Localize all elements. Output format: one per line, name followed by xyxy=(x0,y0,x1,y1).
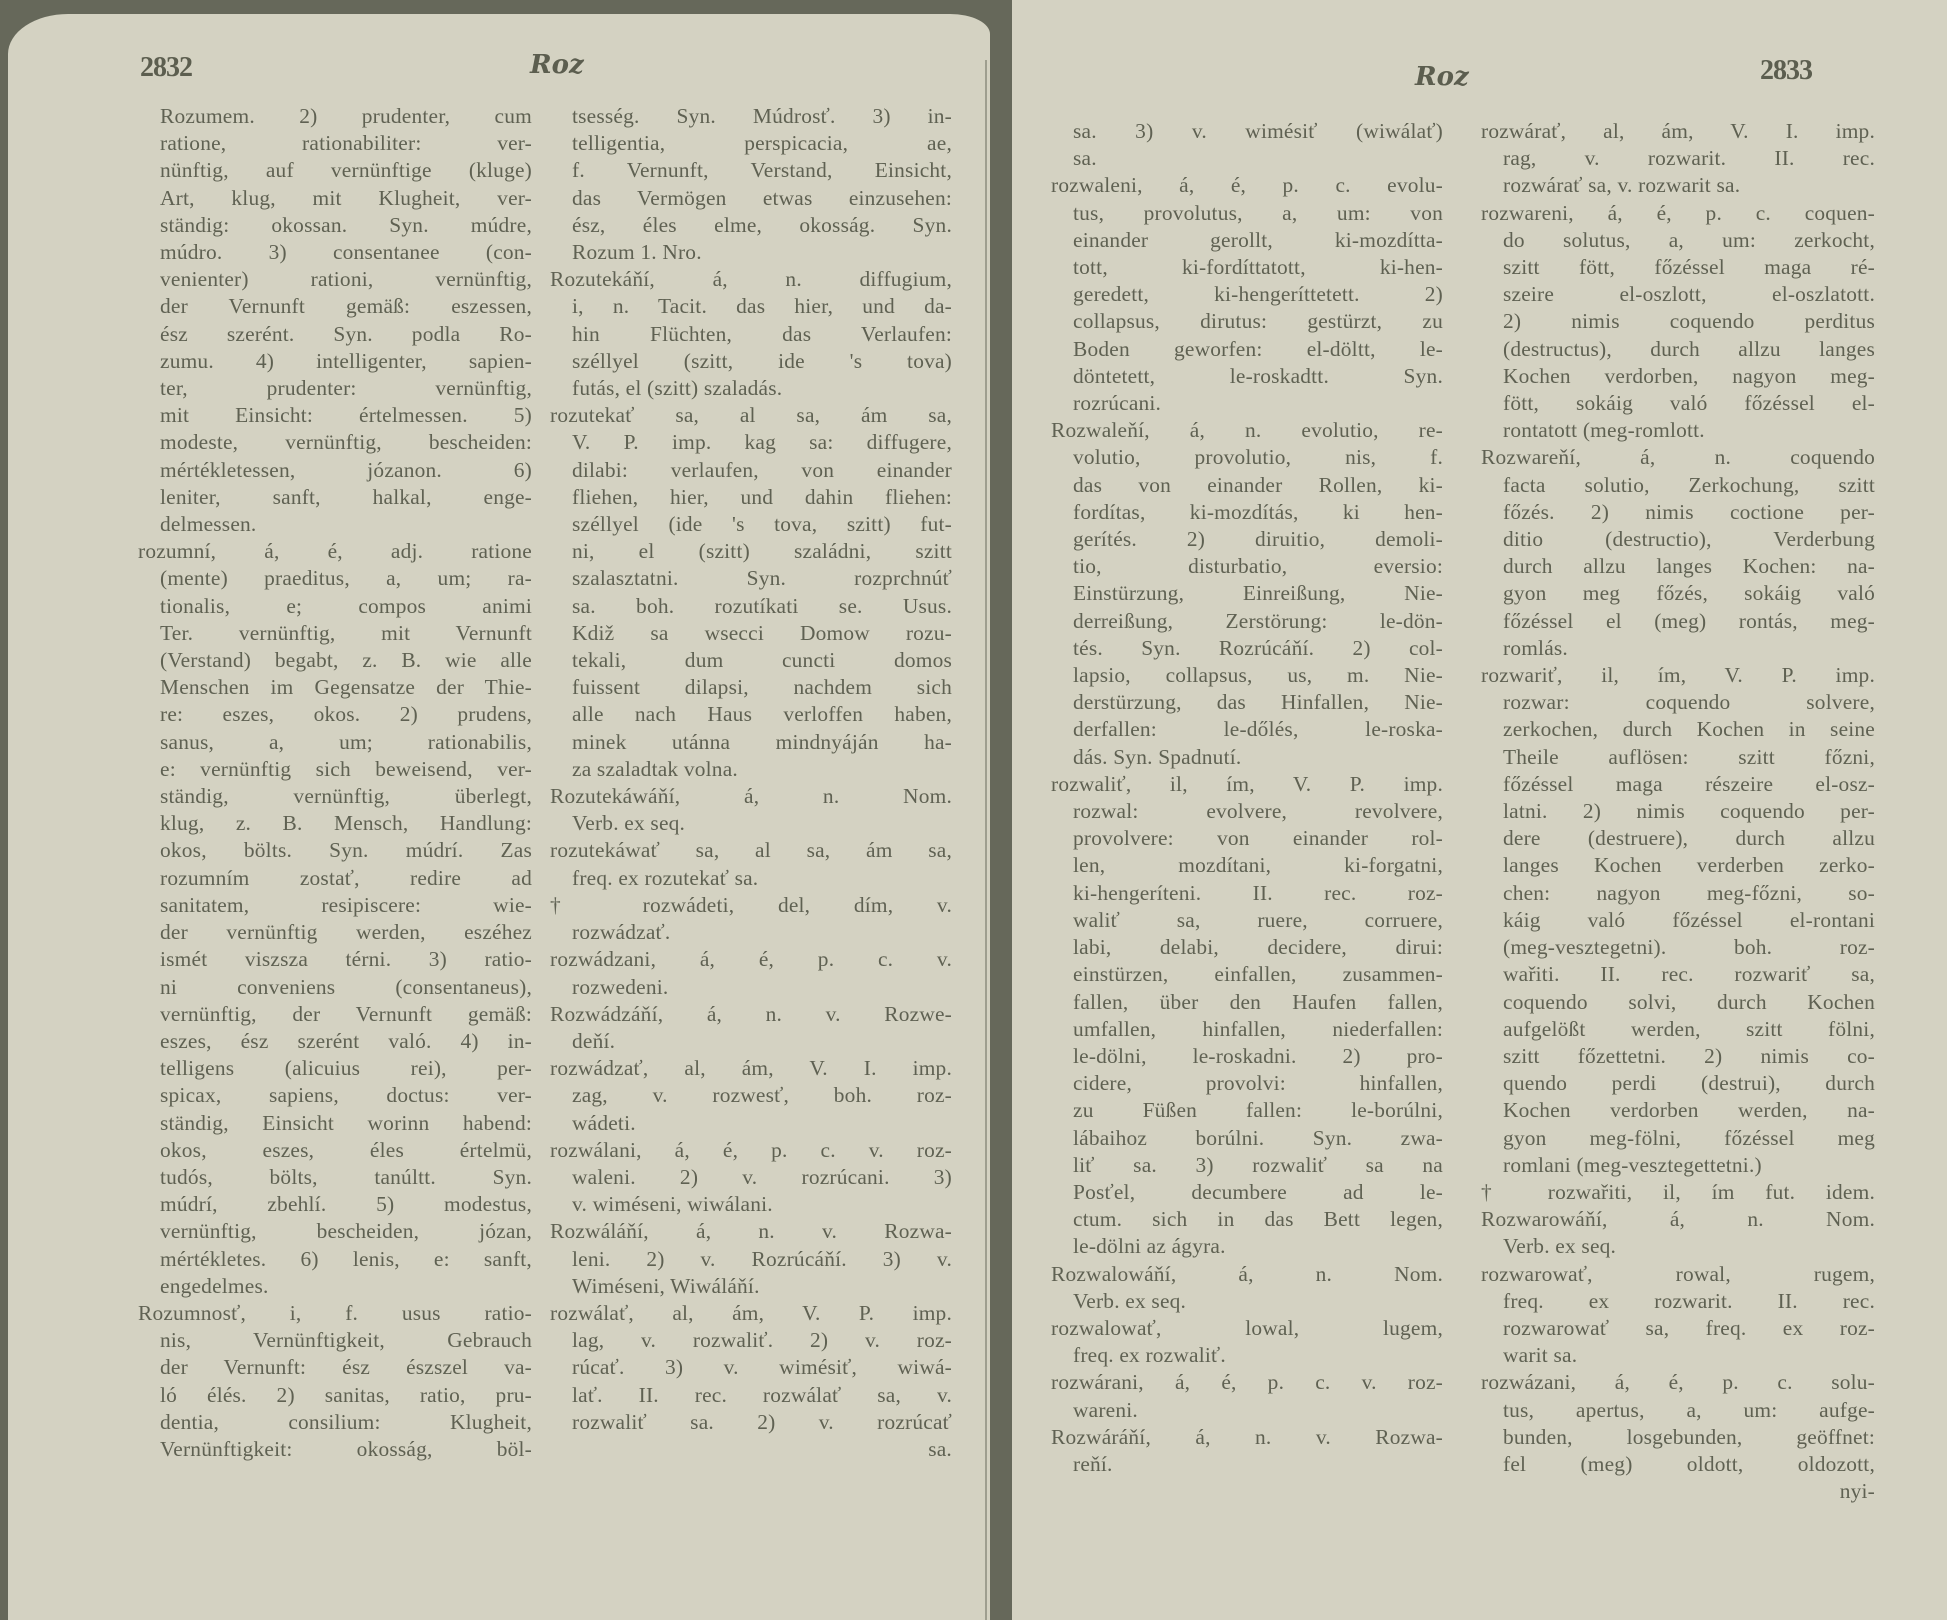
entry-text-line: waleni. 2) v. rozrúcani. 3) xyxy=(572,1164,952,1191)
entry-text-line: nis, Vernünftigkeit, Gebrauch xyxy=(160,1327,532,1354)
entry-text-line: nyi- xyxy=(1503,1478,1875,1505)
left-page-column-2: tsesség. Syn. Múdrosť. 3) in-telligentia… xyxy=(572,103,952,1463)
entry-text-line: sanus, a, um; rationabilis, xyxy=(160,729,532,756)
entry-text-line: (destructus), durch allzu langes xyxy=(1503,336,1875,363)
entry-headword-line: rozumní, á, é, adj. ratione xyxy=(138,538,532,565)
entry-text-line: rontatott (meg-romlott. xyxy=(1503,417,1875,444)
entry-text-line: dás. Syn. Spadnutí. xyxy=(1073,744,1443,771)
entry-text-line: leni. 2) v. Rozrúcáňí. 3) v. xyxy=(572,1246,952,1273)
entry-text-line: telligentia, perspicacia, ae, xyxy=(572,130,952,157)
entry-text-line: wařiti. II. rec. rozwariť sa, xyxy=(1503,961,1875,988)
entry-text-line: okos, eszes, éles értelmü, xyxy=(160,1137,532,1164)
entry-text-line: zu Füßen fallen: le-borúlni, xyxy=(1073,1097,1443,1124)
entry-text-line: durch allzu langes Kochen: na- xyxy=(1503,553,1875,580)
entry-text-line: Boden geworfen: el-döltt, le- xyxy=(1073,336,1443,363)
entry-text-line: sa. xyxy=(572,1436,952,1463)
entry-text-line: bunden, losgebunden, geöffnet: xyxy=(1503,1424,1875,1451)
entry-text-line: tus, apertus, a, um: aufge- xyxy=(1503,1397,1875,1424)
entry-text-line: múdro. 3) consentanee (con- xyxy=(160,239,532,266)
entry-text-line: engedelmes. xyxy=(160,1273,532,1300)
entry-text-line: ki-hengeríteni. II. rec. roz- xyxy=(1073,880,1443,907)
entry-headword-line: rozwaleni, á, é, p. c. evolu- xyxy=(1051,172,1443,199)
entry-text-line: nünftig, auf vernünftige (kluge) xyxy=(160,157,532,184)
entry-text-line: tekali, dum cuncti domos xyxy=(572,647,952,674)
entry-headword-line: rozwalowať, lowal, lugem, xyxy=(1051,1315,1443,1342)
entry-text-line: der Vernunft: ész észszel va- xyxy=(160,1354,532,1381)
entry-text-line: múdrí, zbehlí. 5) modestus, xyxy=(160,1191,532,1218)
entry-text-line: re: eszes, okos. 2) prudens, xyxy=(160,701,532,728)
entry-text-line: e: vernünftig sich beweisend, ver- xyxy=(160,756,532,783)
right-running-head: Roz xyxy=(1415,62,1469,92)
entry-text-line: quendo perdi (destrui), durch xyxy=(1503,1070,1875,1097)
entry-headword-line: † rozwádeti, del, dím, v. xyxy=(550,892,952,919)
entry-text-line: provolvere: von einander rol- xyxy=(1073,825,1443,852)
book-gutter xyxy=(990,20,1012,1620)
entry-headword-line: Rozwáráňí, á, n. v. Rozwa- xyxy=(1051,1424,1443,1451)
entry-text-line: Art, klug, mit Klugheit, ver- xyxy=(160,185,532,212)
entry-text-line: wádeti. xyxy=(572,1110,952,1137)
entry-text-line: (meg-vesztegetni). boh. roz- xyxy=(1503,934,1875,961)
entry-text-line: spicax, sapiens, doctus: ver- xyxy=(160,1082,532,1109)
entry-text-line: főzéssel el (meg) rontás, meg- xyxy=(1503,608,1875,635)
entry-text-line: ständig, Einsicht worinn habend: xyxy=(160,1110,532,1137)
entry-text-line: liť sa. 3) rozwaliť sa na xyxy=(1073,1152,1443,1179)
entry-headword-line: rozwaliť, il, ím, V. P. imp. xyxy=(1051,771,1443,798)
entry-text-line: mértékletes. 6) lenis, e: sanft, xyxy=(160,1246,532,1273)
entry-text-line: latni. 2) nimis coquendo per- xyxy=(1503,798,1875,825)
entry-text-line: facta solutio, Zerkochung, szitt xyxy=(1503,472,1875,499)
entry-text-line: romlás. xyxy=(1503,635,1875,662)
entry-headword-line: rozwarowať, rowal, rugem, xyxy=(1481,1261,1875,1288)
right-page-number: 2833 xyxy=(1760,55,1812,87)
entry-text-line: rozwal: evolvere, revolvere, xyxy=(1073,798,1443,825)
entry-text-line: deňí. xyxy=(572,1028,952,1055)
entry-text-line: einander gerollt, ki-mozdítta- xyxy=(1073,227,1443,254)
entry-text-line: langes Kochen verderben zerko- xyxy=(1503,852,1875,879)
entry-text-line: sa. boh. rozutíkati se. Usus. xyxy=(572,593,952,620)
entry-text-line: tionalis, e; compos animi xyxy=(160,593,532,620)
entry-text-line: gyon meg főzés, sokáig való xyxy=(1503,580,1875,607)
entry-text-line: einstürzen, einfallen, zusammen- xyxy=(1073,961,1443,988)
entry-headword-line: Rozutekáwáňí, á, n. Nom. xyxy=(550,783,952,810)
entry-text-line: széllyel (szitt, ide 's tova) xyxy=(572,348,952,375)
entry-text-line: tés. Syn. Rozrúcáňí. 2) col- xyxy=(1073,635,1443,662)
entry-text-line: Verb. ex seq. xyxy=(1503,1233,1875,1260)
entry-text-line: das Vermögen etwas einzusehen: xyxy=(572,185,952,212)
entry-text-line: Verb. ex seq. xyxy=(1073,1288,1443,1315)
entry-text-line: szitt főzettetni. 2) nimis co- xyxy=(1503,1043,1875,1070)
entry-text-line: tudós, bölts, tanúltt. Syn. xyxy=(160,1164,532,1191)
entry-text-line: Verb. ex seq. xyxy=(572,810,952,837)
entry-text-line: eszes, ész szerént való. 4) in- xyxy=(160,1028,532,1055)
entry-text-line: tott, ki-fordíttatott, ki-hen- xyxy=(1073,254,1443,281)
entry-text-line: széllyel (ide 's tova, szitt) fut- xyxy=(572,511,952,538)
entry-text-line: szitt fött, főzéssel maga ré- xyxy=(1503,254,1875,281)
entry-text-line: tsesség. Syn. Múdrosť. 3) in- xyxy=(572,103,952,130)
entry-text-line: za szaladtak volna. xyxy=(572,756,952,783)
entry-text-line: V. P. imp. kag sa: diffugere, xyxy=(572,429,952,456)
entry-text-line: rozwarowať sa, freq. ex roz- xyxy=(1503,1315,1875,1342)
entry-text-line: romlani (meg-vesztegettetni.) xyxy=(1503,1152,1875,1179)
entry-text-line: tus, provolutus, a, um: von xyxy=(1073,200,1443,227)
entry-text-line: dilabi: verlaufen, von einander xyxy=(572,457,952,484)
entry-text-line: der vernünftig werden, eszéhez xyxy=(160,919,532,946)
entry-text-line: ni conveniens (consentaneus), xyxy=(160,974,532,1001)
entry-text-line: 2) nimis coquendo perditus xyxy=(1503,308,1875,335)
entry-text-line: zag, v. rozwesť, boh. roz- xyxy=(572,1082,952,1109)
entry-text-line: delmessen. xyxy=(160,511,532,538)
entry-text-line: Wiméseni, Wiwáláňí. xyxy=(572,1273,952,1300)
entry-text-line: sanitatem, resipiscere: wie- xyxy=(160,892,532,919)
entry-text-line: gyon meg-fölni, főzéssel meg xyxy=(1503,1125,1875,1152)
entry-headword-line: rozwárani, á, é, p. c. v. roz- xyxy=(1051,1369,1443,1396)
entry-headword-line: Rozwalowáňí, á, n. Nom. xyxy=(1051,1261,1443,1288)
entry-headword-line: Rozwareňí, á, n. coquendo xyxy=(1481,444,1875,471)
entry-text-line: ständig, vernünftig, überlegt, xyxy=(160,783,532,810)
right-page-column-1: sa. 3) v. wimésiť (wiwálať)sa.rozwaleni,… xyxy=(1073,118,1443,1478)
entry-text-line: collapsus, dirutus: gestürzt, zu xyxy=(1073,308,1443,335)
entry-text-line: das von einander Rollen, ki- xyxy=(1073,472,1443,499)
entry-headword-line: rozwariť, il, ím, V. P. imp. xyxy=(1481,662,1875,689)
entry-text-line: mértékletessen, józanon. 6) xyxy=(160,457,532,484)
entry-text-line: rozwárať sa, v. rozwarit sa. xyxy=(1503,172,1875,199)
entry-text-line: freq. ex rozwarit. II. rec. xyxy=(1503,1288,1875,1315)
entry-text-line: lapsio, collapsus, us, m. Nie- xyxy=(1073,662,1443,689)
entry-text-line: aufgelößt werden, szitt fölni, xyxy=(1503,1016,1875,1043)
entry-text-line: ismét viszsza térni. 3) ratio- xyxy=(160,946,532,973)
entry-text-line: ni, el (szitt) szaládni, szitt xyxy=(572,538,952,565)
entry-text-line: lag, v. rozwaliť. 2) v. roz- xyxy=(572,1327,952,1354)
entry-text-line: ló élés. 2) sanitas, ratio, pru- xyxy=(160,1382,532,1409)
entry-text-line: Einstürzung, Einreißung, Nie- xyxy=(1073,580,1443,607)
entry-text-line: Kochen verdorben, nagyon meg- xyxy=(1503,363,1875,390)
entry-text-line: okos, bölts. Syn. múdrí. Zas xyxy=(160,837,532,864)
entry-text-line: coquendo solvi, durch Kochen xyxy=(1503,989,1875,1016)
entry-text-line: ditio (destructio), Verderbung xyxy=(1503,526,1875,553)
entry-text-line: volutio, provolutio, nis, f. xyxy=(1073,444,1443,471)
entry-text-line: (mente) praeditus, a, um; ra- xyxy=(160,565,532,592)
entry-text-line: venienter) rationi, vernünftig, xyxy=(160,266,532,293)
entry-text-line: fliehen, hier, und dahin fliehen: xyxy=(572,484,952,511)
entry-text-line: wareni. xyxy=(1073,1397,1443,1424)
entry-text-line: rozwedeni. xyxy=(572,974,952,1001)
entry-text-line: Menschen im Gegensatze der Thie- xyxy=(160,674,532,701)
entry-text-line: fött, sokáig való főzéssel el- xyxy=(1503,390,1875,417)
entry-text-line: rozrúcani. xyxy=(1073,390,1443,417)
entry-text-line: Ter. vernünftig, mit Vernunft xyxy=(160,620,532,647)
entry-text-line: alle nach Haus verloffen haben, xyxy=(572,701,952,728)
entry-text-line: főzés. 2) nimis coctione per- xyxy=(1503,499,1875,526)
entry-text-line: rozwar: coquendo solvere, xyxy=(1503,689,1875,716)
entry-text-line: Kochen verdorben werden, na- xyxy=(1503,1097,1875,1124)
entry-text-line: tio, disturbatio, eversio: xyxy=(1073,553,1443,580)
entry-text-line: waliť sa, ruere, corruere, xyxy=(1073,907,1443,934)
page-edge-rule xyxy=(985,60,987,1620)
entry-text-line: zerkochen, durch Kochen in seine xyxy=(1503,716,1875,743)
entry-headword-line: rozwálani, á, é, p. c. v. roz- xyxy=(550,1137,952,1164)
entry-text-line: dentia, consilium: Klugheit, xyxy=(160,1409,532,1436)
entry-text-line: sa. xyxy=(1073,145,1443,172)
entry-text-line: ész, éles elme, okosság. Syn. xyxy=(572,212,952,239)
entry-text-line: rúcať. 3) v. wimésiť, wiwá- xyxy=(572,1354,952,1381)
entry-text-line: do solutus, a, um: zerkocht, xyxy=(1503,227,1875,254)
right-page-column-2: rozwárať, al, ám, V. I. imp.rag, v. rozw… xyxy=(1503,118,1875,1505)
entry-headword-line: rozutekáwať sa, al sa, ám sa, xyxy=(550,837,952,864)
entry-text-line: futás, el (szitt) szaladás. xyxy=(572,375,952,402)
entry-text-line: Theile auflösen: szitt főzni, xyxy=(1503,744,1875,771)
entry-text-line: v. wiméseni, wiwálani. xyxy=(572,1191,952,1218)
entry-text-line: f. Vernunft, Verstand, Einsicht, xyxy=(572,157,952,184)
entry-text-line: minek utánna mindnyáján ha- xyxy=(572,729,952,756)
entry-headword-line: Rozwáláňí, á, n. v. Rozwa- xyxy=(550,1218,952,1245)
entry-text-line: rozumním zostať, redire ad xyxy=(160,865,532,892)
entry-text-line: i, n. Tacit. das hier, und da- xyxy=(572,293,952,320)
entry-text-line: telligens (alicuius rei), per- xyxy=(160,1055,532,1082)
entry-text-line: fuissent dilapsi, nachdem sich xyxy=(572,674,952,701)
entry-text-line: zumu. 4) intelligenter, sapien- xyxy=(160,348,532,375)
entry-text-line: rag, v. rozwarit. II. rec. xyxy=(1503,145,1875,172)
entry-text-line: ész szerént. Syn. podla Ro- xyxy=(160,321,532,348)
entry-text-line: vernünftig, bescheiden, józan, xyxy=(160,1218,532,1245)
entry-text-line: Vernünftigkeit: okosság, böl- xyxy=(160,1436,532,1463)
entry-text-line: szeire el-oszlott, el-oszlatott. xyxy=(1503,281,1875,308)
entry-text-line: freq. ex rozwaliť. xyxy=(1073,1342,1443,1369)
entry-headword-line: Rozutekáňí, á, n. diffugium, xyxy=(550,266,952,293)
entry-text-line: der Vernunft gemäß: eszessen, xyxy=(160,293,532,320)
entry-text-line: le-dölni, le-roskadni. 2) pro- xyxy=(1073,1043,1443,1070)
entry-text-line: vernünftig, der Vernunft gemäß: xyxy=(160,1001,532,1028)
entry-text-line: ter, prudenter: vernünftig, xyxy=(160,375,532,402)
left-running-head: Roz xyxy=(530,50,584,80)
entry-text-line: le-dölni az ágyra. xyxy=(1073,1233,1443,1260)
entry-headword-line: Rozwaleňí, á, n. evolutio, re- xyxy=(1051,417,1443,444)
entry-text-line: freq. ex rozutekať sa. xyxy=(572,865,952,892)
entry-text-line: káig való főzéssel el-rontani xyxy=(1503,907,1875,934)
left-page-column-1: Rozumem. 2) prudenter, cumratione, ratio… xyxy=(160,103,532,1463)
entry-headword-line: rozwádzani, á, é, p. c. v. xyxy=(550,946,952,973)
entry-text-line: mit Einsicht: értelmessen. 5) xyxy=(160,402,532,429)
entry-headword-line: rozwárať, al, ám, V. I. imp. xyxy=(1481,118,1875,145)
entry-text-line: chen: nagyon meg-főzni, so- xyxy=(1503,880,1875,907)
entry-text-line: Rozumem. 2) prudenter, cum xyxy=(160,103,532,130)
entry-text-line: geredett, ki-hengeríttetett. 2) xyxy=(1073,281,1443,308)
entry-text-line: len, mozdítani, ki-forgatni, xyxy=(1073,852,1443,879)
entry-text-line: derstürzung, das Hinfallen, Nie- xyxy=(1073,689,1443,716)
entry-text-line: derfallen: le-dőlés, le-roska- xyxy=(1073,716,1443,743)
entry-text-line: ratione, rationabiliter: ver- xyxy=(160,130,532,157)
entry-text-line: hin Flüchten, das Verlaufen: xyxy=(572,321,952,348)
entry-text-line: sa. 3) v. wimésiť (wiwálať) xyxy=(1073,118,1443,145)
entry-text-line: (Verstand) begabt, z. B. wie alle xyxy=(160,647,532,674)
entry-headword-line: rozwareni, á, é, p. c. coquen- xyxy=(1481,200,1875,227)
entry-headword-line: rozwálať, al, ám, V. P. imp. xyxy=(550,1300,952,1327)
entry-text-line: labi, delabi, decidere, dirui: xyxy=(1073,934,1443,961)
entry-text-line: Posťel, decumbere ad le- xyxy=(1073,1179,1443,1206)
entry-headword-line: rozwázani, á, é, p. c. solu- xyxy=(1481,1369,1875,1396)
entry-text-line: reňí. xyxy=(1073,1451,1443,1478)
entry-headword-line: † rozwařiti, il, ím fut. idem. xyxy=(1481,1179,1875,1206)
entry-text-line: Rozum 1. Nro. xyxy=(572,239,952,266)
entry-headword-line: Rozwarowáňí, á, n. Nom. xyxy=(1481,1206,1875,1233)
entry-headword-line: Rozumnosť, i, f. usus ratio- xyxy=(138,1300,532,1327)
entry-text-line: klug, z. B. Mensch, Handlung: xyxy=(160,810,532,837)
entry-text-line: warit sa. xyxy=(1503,1342,1875,1369)
entry-text-line: fel (meg) oldott, oldozott, xyxy=(1503,1451,1875,1478)
entry-headword-line: rozutekať sa, al sa, ám sa, xyxy=(550,402,952,429)
entry-text-line: szalasztatni. Syn. rozprchnúť xyxy=(572,565,952,592)
entry-text-line: umfallen, hinfallen, niederfallen: xyxy=(1073,1016,1443,1043)
entry-text-line: lať. II. rec. rozwálať sa, v. xyxy=(572,1382,952,1409)
entry-text-line: fallen, über den Haufen fallen, xyxy=(1073,989,1443,1016)
entry-text-line: ctum. sich in das Bett legen, xyxy=(1073,1206,1443,1233)
entry-text-line: gerítés. 2) diruitio, demoli- xyxy=(1073,526,1443,553)
entry-text-line: cidere, provolvi: hinfallen, xyxy=(1073,1070,1443,1097)
entry-text-line: főzéssel maga részeire el-osz- xyxy=(1503,771,1875,798)
entry-text-line: rozwádzať. xyxy=(572,919,952,946)
entry-text-line: Kdiž sa wsecci Domow rozu- xyxy=(572,620,952,647)
entry-text-line: ständig: okossan. Syn. múdre, xyxy=(160,212,532,239)
entry-text-line: dere (destruere), durch allzu xyxy=(1503,825,1875,852)
entry-text-line: modeste, vernünftig, bescheiden: xyxy=(160,429,532,456)
entry-text-line: fordítas, ki-mozdítás, ki hen- xyxy=(1073,499,1443,526)
entry-text-line: leniter, sanft, halkal, enge- xyxy=(160,484,532,511)
entry-text-line: rozwaliť sa. 2) v. rozrúcať xyxy=(572,1409,952,1436)
entry-text-line: döntetett, le-roskadtt. Syn. xyxy=(1073,363,1443,390)
entry-headword-line: rozwádzať, al, ám, V. I. imp. xyxy=(550,1055,952,1082)
entry-text-line: derreißung, Zerstörung: le-dön- xyxy=(1073,608,1443,635)
entry-text-line: lábaihoz borúlni. Syn. zwa- xyxy=(1073,1125,1443,1152)
left-page-number: 2832 xyxy=(140,52,192,84)
entry-headword-line: Rozwádzáňí, á, n. v. Rozwe- xyxy=(550,1001,952,1028)
